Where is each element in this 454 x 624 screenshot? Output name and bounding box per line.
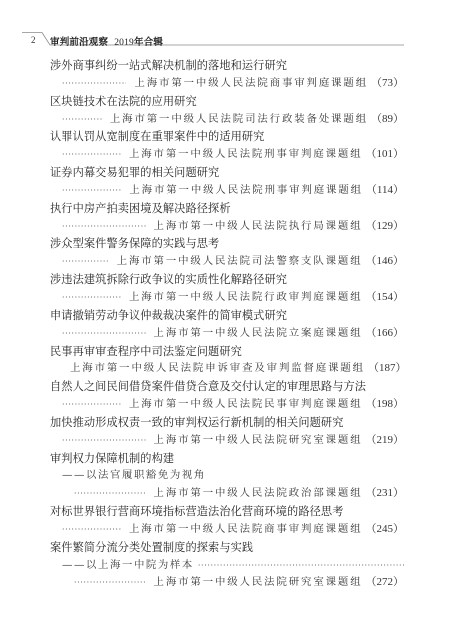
toc-entry-page-number[interactable]: （73） <box>371 75 404 93</box>
toc-entry-title[interactable]: 案件繁简分流分类处置制度的探索与实践 <box>0 539 454 557</box>
toc-entry-author: 上海市第一中级人民法院研究室课题组 <box>154 432 363 450</box>
toc-entry-author: 上海市第一中级人民法院执行局课题组 <box>154 218 363 236</box>
toc-entry-title[interactable]: 执行中房产拍卖困境及解决路径探析 <box>0 200 454 218</box>
leader-dots <box>62 182 121 200</box>
toc-entry-author: 上海市第一中级人民法院立案庭课题组 <box>154 325 363 343</box>
leader-dots <box>62 396 121 414</box>
toc-entry-author-line: 上海市第一中级人民法院商事审判庭课题组（245） <box>0 521 454 539</box>
toc-entry-title[interactable]: 认罪认罚从宽制度在重罪案件中的适用研究 <box>0 128 454 146</box>
toc-entry-page-number[interactable]: （89） <box>371 111 404 129</box>
leader-dots <box>62 432 146 450</box>
leader-dots <box>62 325 146 343</box>
toc-entry-author-line: 上海市第一中级人民法院研究室课题组（219） <box>0 432 454 450</box>
toc-entry-author: 上海市第一中级人民法院司法警察支队课题组 <box>117 253 363 271</box>
toc-entry-author-line: 上海市第一中级人民法院刑事审判庭课题组（114） <box>0 182 454 200</box>
toc-entry-page-number[interactable]: （272） <box>366 574 405 592</box>
toc-entry-author-line: 上海市第一中级人民法院民事审判庭课题组（198） <box>0 396 454 414</box>
toc-entry-title[interactable]: 民事再审审查程序中司法鉴定问题研究 <box>0 343 454 361</box>
toc-entry-page-number[interactable]: （166） <box>366 325 405 343</box>
toc-entry-author-line: 上海市第一中级人民法院立案庭课题组（166） <box>0 325 454 343</box>
toc-entry-subtitle-line: ——以上海一中院为样本 <box>0 557 454 575</box>
toc-entry-page-number[interactable]: （231） <box>366 485 405 503</box>
toc-entry-author-line: 上海市第一中级人民法院商事审判庭课题组（73） <box>0 75 454 93</box>
toc-entry-author: 上海市第一中级人民法院商事审判庭课题组 <box>129 521 363 539</box>
toc-entry-author: 上海市第一中级人民法院刑事审判庭课题组 <box>129 182 363 200</box>
toc-entry-author-line: 上海市第一中级人民法院政治部课题组（231） <box>0 485 454 503</box>
toc-entry-author-line: 上海市第一中级人民法院研究室课题组（272） <box>0 574 454 592</box>
toc-entry-subtitle: ——以上海一中院为样本 <box>62 557 194 575</box>
toc-entry-title[interactable]: 涉违法建筑拆除行政争议的实质性化解路径研究 <box>0 271 454 289</box>
toc-entry-page-number[interactable]: （101） <box>366 146 405 164</box>
toc-entry-title[interactable]: 申请撤销劳动争议仲裁裁决案件的简审模式研究 <box>0 307 454 325</box>
book-year: 2019 <box>114 38 134 48</box>
toc-entry-author: 上海市第一中级人民法院行政审判庭课题组 <box>129 289 363 307</box>
leader-dots <box>74 485 146 503</box>
toc-entry-page-number[interactable]: （187） <box>368 360 407 378</box>
toc-entry-author: 上海市第一中级人民法院研究室课题组 <box>154 574 363 592</box>
page-number: 2 <box>31 35 36 45</box>
book-title: 审判前沿观察2019年合辑 <box>50 34 163 48</box>
leader-dots <box>62 521 121 539</box>
leader-dots <box>62 111 102 129</box>
toc-entry-title[interactable]: 区块链技术在法院的应用研究 <box>0 93 454 111</box>
toc-entry-page-number[interactable]: （129） <box>366 218 405 236</box>
leader-dots <box>62 75 126 93</box>
toc-entry-page-number[interactable]: （114） <box>366 182 404 200</box>
toc-entry-title[interactable]: 审判权力保障机制的构建 <box>0 450 454 468</box>
table-of-contents: 涉外商事纠纷一站式解决机制的落地和运行研究上海市第一中级人民法院商事审判庭课题组… <box>0 57 454 592</box>
toc-entry-author-line: 上海市第一中级人民法院司法警察支队课题组（146） <box>0 253 454 271</box>
header-rule <box>0 0 454 60</box>
toc-entry-author-line: 上海市第一中级人民法院申诉审查及审判监督庭课题组（187） <box>0 360 454 378</box>
toc-entry-author-line: 上海市第一中级人民法院刑事审判庭课题组（101） <box>0 146 454 164</box>
toc-entry-page-number[interactable]: （198） <box>366 396 405 414</box>
toc-entry-subtitle: ——以法官履职豁免为视角 <box>0 467 454 485</box>
toc-entry-author: 上海市第一中级人民法院民事审判庭课题组 <box>129 396 363 414</box>
leader-dots <box>62 289 121 307</box>
toc-entry-page-number[interactable]: （154） <box>366 289 405 307</box>
toc-entry-title[interactable]: 对标世界银行营商环境指标营造法治化营商环境的路径思考 <box>0 503 454 521</box>
toc-entry-author: 上海市第一中级人民法院司法行政装备处课题组 <box>110 111 368 129</box>
toc-entry-author-line: 上海市第一中级人民法院行政审判庭课题组（154） <box>0 289 454 307</box>
toc-entry-author: 上海市第一中级人民法院刑事审判庭课题组 <box>129 146 363 164</box>
leader-dots <box>62 146 121 164</box>
book-edition: 年合辑 <box>134 37 163 48</box>
leader-dots <box>62 253 109 271</box>
book-title-text: 审判前沿观察 <box>50 37 108 48</box>
toc-entry-author: 上海市第一中级人民法院申诉审查及审判监督庭课题组 <box>70 360 365 378</box>
toc-entry-author-line: 上海市第一中级人民法院司法行政装备处课题组（89） <box>0 111 454 129</box>
leader-dots <box>74 574 146 592</box>
toc-entry-page-number[interactable]: （146） <box>366 253 405 271</box>
toc-entry-title[interactable]: 涉众型案件警务保障的实践与思考 <box>0 235 454 253</box>
toc-entry-page-number[interactable]: （219） <box>366 432 405 450</box>
toc-entry-title[interactable]: 涉外商事纠纷一站式解决机制的落地和运行研究 <box>0 57 454 75</box>
toc-entry-title[interactable]: 加快推动形成权责一致的审判权运行新机制的相关问题研究 <box>0 414 454 432</box>
running-header: 2 审判前沿观察2019年合辑 <box>0 0 454 60</box>
toc-entry-author: 上海市第一中级人民法院商事审判庭课题组 <box>134 75 368 93</box>
toc-entry-page-number[interactable]: （245） <box>366 521 405 539</box>
toc-entry-author: 上海市第一中级人民法院政治部课题组 <box>154 485 363 503</box>
toc-entry-title[interactable]: 自然人之间民间借贷案件借贷合意及交付认定的审理思路与方法 <box>0 378 454 396</box>
leader-dots <box>62 218 146 236</box>
toc-entry-author-line: 上海市第一中级人民法院执行局课题组（129） <box>0 218 454 236</box>
toc-entry-title[interactable]: 证券内幕交易犯罪的相关问题研究 <box>0 164 454 182</box>
leader-dots <box>198 557 404 575</box>
